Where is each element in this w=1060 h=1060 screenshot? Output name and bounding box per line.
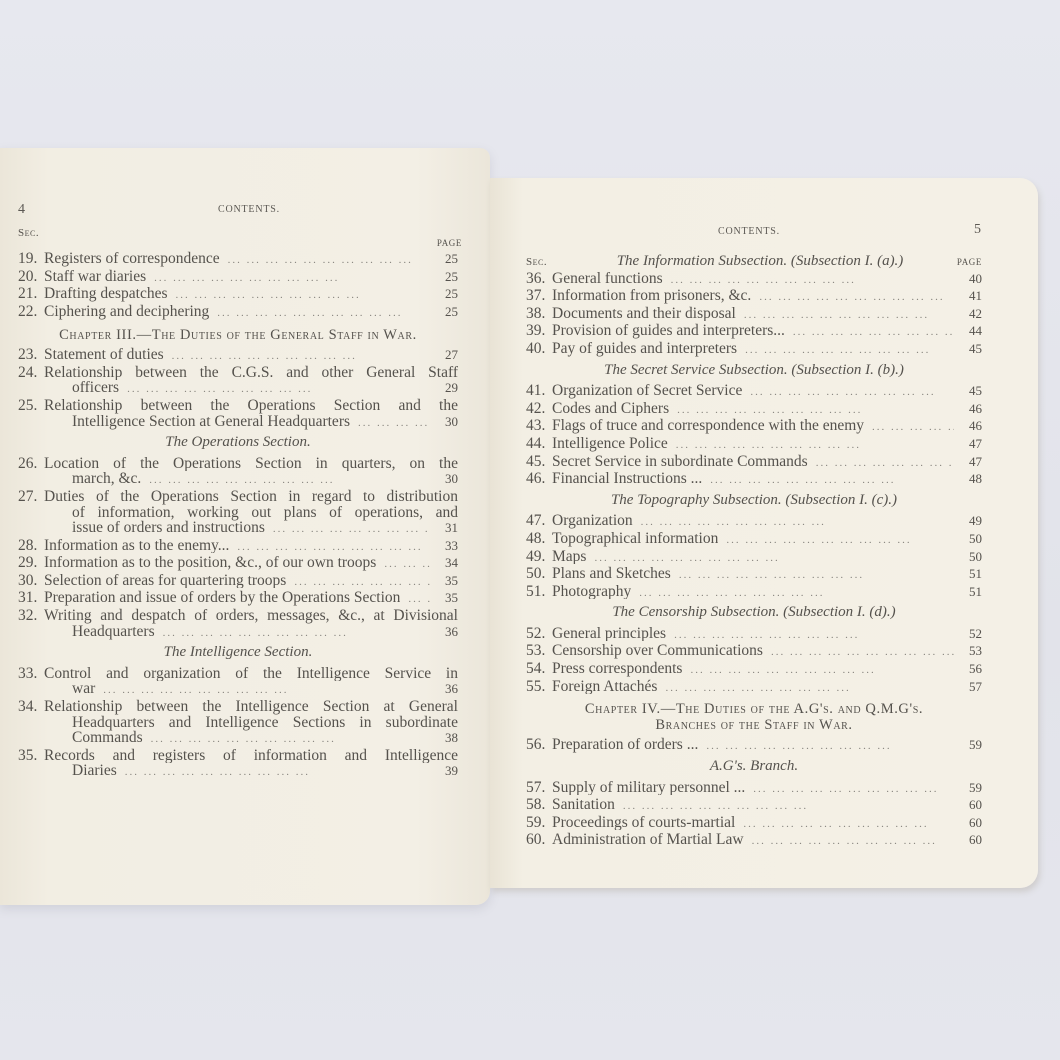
section-title: Location of the Operations Section in qu… [44, 456, 458, 472]
dot-leader: ... ... ... ... ... ... ... ... ... ... [155, 626, 430, 642]
dot-leader: ... ... ... ... ... ... ... ... ... ... [164, 349, 430, 365]
section-title: Organization [552, 513, 633, 529]
dot-leader: ... ... ... ... ... ... ... ... ... ... [735, 817, 954, 833]
toc-entry[interactable]: 56.Preparation of orders ...... ... ... … [526, 737, 982, 755]
section-number: 60. [526, 832, 552, 848]
section-number: 52. [526, 626, 552, 642]
section-title: Ciphering and deciphering [44, 304, 209, 320]
right-page: CONTENTS. 5 Sec. The Information Subsect… [490, 178, 1038, 888]
page-ref: 27 [430, 347, 458, 363]
section-title: Control and organization of the Intellig… [44, 666, 458, 682]
section-title: Selection of areas for quartering troops [44, 573, 286, 589]
subsection-heading: A.G's. Branch. [526, 755, 982, 780]
toc-entry[interactable]: 22.Ciphering and deciphering... ... ... … [18, 304, 458, 322]
dot-leader: ... ... ... ... ... ... ... ... ... ... [95, 683, 430, 699]
page-ref: 46 [954, 418, 982, 434]
section-title-continued: Commands [44, 730, 143, 746]
page-ref: 29 [430, 380, 458, 396]
page-ref: 60 [954, 815, 982, 831]
dot-leader: ... ... ... ... ... ... ... ... ... ... [286, 575, 430, 591]
section-number: 31. [18, 590, 44, 606]
contents-list: Sec. The Information Subsection. (Subsec… [526, 254, 982, 850]
section-title: Duties of the Operations Section in rega… [44, 489, 458, 505]
page-ref: 30 [430, 414, 458, 430]
dot-leader: ... ... ... ... ... ... ... ... ... ... [864, 420, 954, 436]
page-ref: 39 [430, 763, 458, 779]
page-ref: 60 [954, 832, 982, 848]
section-number: 33. [18, 666, 44, 682]
section-title: Press correspondents [552, 661, 682, 677]
dot-leader: ... ... ... ... ... ... ... ... ... ... [633, 515, 954, 531]
section-number: 42. [526, 401, 552, 417]
page-ref: 57 [954, 679, 982, 695]
toc-entry[interactable]: 39.Provision of guides and interpreters.… [526, 323, 982, 341]
dot-leader: ... ... ... ... ... ... ... ... ... ... [586, 551, 954, 567]
section-number: 38. [526, 306, 552, 322]
dot-leader: ... ... ... ... ... ... ... ... ... ... [751, 290, 954, 306]
dot-leader: ... ... ... ... ... ... ... ... ... ... [736, 308, 954, 324]
page-ref: 33 [430, 538, 458, 554]
section-number: 56. [526, 737, 552, 753]
toc-entry[interactable]: 19.Registers of correspondence... ... ..… [18, 251, 458, 269]
section-title-continued: officers [44, 380, 119, 396]
toc-entry[interactable]: 52.General principles... ... ... ... ...… [526, 626, 982, 644]
section-number: 48. [526, 531, 552, 547]
section-title: Registers of correspondence [44, 251, 220, 267]
section-title: Proceedings of courts-martial [552, 815, 735, 831]
dot-leader: ... ... ... ... ... ... ... ... ... ... [718, 533, 954, 549]
toc-entry[interactable]: 29.Information as to the position, &c., … [18, 555, 458, 573]
toc-entry[interactable]: 58.Sanitation... ... ... ... ... ... ...… [526, 797, 982, 815]
chapter-heading: Chapter IV.—The Duties of the A.G's. and… [526, 696, 982, 737]
subsection-heading: The Topography Subsection. (Subsection I… [526, 489, 982, 514]
chapter-title: Chapter IV.—The Duties of the A.G's. and… [526, 702, 982, 718]
section-title-continued: Headquarters [44, 624, 155, 640]
dot-leader: ... ... ... ... ... ... ... ... ... ... [143, 732, 430, 748]
section-number: 19. [18, 251, 44, 267]
section-title: Organization of Secret Service [552, 383, 742, 399]
page-ref: 25 [430, 286, 458, 302]
page-ref: 51 [954, 566, 982, 582]
dot-leader: ... ... ... ... ... ... ... ... ... ... [209, 306, 430, 322]
section-title: Plans and Sketches [552, 566, 671, 582]
page-ref: 25 [430, 251, 458, 267]
section-number: 37. [526, 288, 552, 304]
page-column-label: PAGE [942, 255, 982, 271]
page-ref: 49 [954, 513, 982, 529]
toc-entry[interactable]: 57.Supply of military personnel ...... .… [526, 780, 982, 798]
section-number: 23. [18, 347, 44, 363]
toc-entry[interactable]: 27.Duties of the Operations Section in r… [18, 489, 458, 538]
page-number: 4 [18, 202, 25, 218]
toc-entry[interactable]: 24.Relationship between the C.G.S. and o… [18, 365, 458, 398]
section-number: 54. [526, 661, 552, 677]
section-title: General principles [552, 626, 666, 642]
section-title: Supply of military personnel ... [552, 780, 745, 796]
dot-leader: ... ... ... ... ... ... ... ... ... ... [400, 592, 430, 608]
toc-entry[interactable]: 32.Writing and despatch of orders, messa… [18, 608, 458, 641]
section-number: 22. [18, 304, 44, 320]
dot-leader: ... ... ... ... ... ... ... ... ... ... [742, 385, 954, 401]
section-number: 53. [526, 643, 552, 659]
toc-entry[interactable]: 45.Secret Service in subordinate Command… [526, 454, 982, 472]
page-ref: 59 [954, 780, 982, 796]
section-title-continued: Diaries [44, 763, 117, 779]
section-title: Preparation of orders ... [552, 737, 698, 753]
toc-entry[interactable]: 23.Statement of duties... ... ... ... ..… [18, 347, 458, 365]
section-title: Writing and despatch of orders, messages… [44, 608, 458, 624]
dot-leader: ... ... ... ... ... ... ... ... ... ... [745, 782, 954, 798]
toc-entry[interactable]: 43.Flags of truce and correspondence wit… [526, 418, 982, 436]
toc-entry[interactable]: 31.Preparation and issue of orders by th… [18, 590, 458, 608]
dot-leader: ... ... ... ... ... ... ... ... ... ... [702, 473, 954, 489]
toc-entry[interactable]: 35.Records and registers of information … [18, 748, 458, 781]
subsection-heading: The Intelligence Section. [18, 641, 458, 666]
toc-entry[interactable]: 44.Intelligence Police... ... ... ... ..… [526, 436, 982, 454]
page-ref: 25 [430, 269, 458, 285]
page-ref: 40 [954, 271, 982, 287]
dot-leader: ... ... ... ... ... ... ... ... ... ... [168, 288, 430, 304]
page-ref: 25 [430, 304, 458, 320]
page-ref: 52 [954, 626, 982, 642]
toc-entry[interactable]: 25.Relationship between the Operations S… [18, 398, 458, 431]
toc-entry[interactable]: 37.Information from prisoners, &c.... ..… [526, 288, 982, 306]
section-title: Documents and their disposal [552, 306, 736, 322]
toc-entry[interactable]: 36.General functions... ... ... ... ... … [526, 271, 982, 289]
page-ref: 36 [430, 624, 458, 640]
section-title: Secret Service in subordinate Commands [552, 454, 808, 470]
toc-entry[interactable]: 30.Selection of areas for quartering tro… [18, 573, 458, 591]
section-title: Intelligence Police [552, 436, 668, 452]
section-title: Information as to the position, &c., of … [44, 555, 376, 571]
left-page: 4 CONTENTS. Sec. PAGE 19.Registers of co… [0, 148, 490, 905]
toc-entry[interactable]: 50.Plans and Sketches... ... ... ... ...… [526, 566, 982, 584]
section-number: 45. [526, 454, 552, 470]
section-number: 43. [526, 418, 552, 434]
page-number: 5 [974, 222, 981, 238]
page-ref: 38 [430, 730, 458, 746]
section-title-continued: of information, working out plans of ope… [44, 505, 458, 521]
section-title: Topographical information [552, 531, 718, 547]
toc-entry[interactable]: 59.Proceedings of courts-martial... ... … [526, 815, 982, 833]
page-ref: 53 [954, 643, 982, 659]
dot-leader: ... ... ... ... ... ... ... ... ... ... [698, 739, 954, 755]
page-ref: 31 [430, 520, 458, 536]
page-ref: 35 [430, 573, 458, 589]
toc-entry[interactable]: 28.Information as to the enemy...... ...… [18, 538, 458, 556]
sec-label: Sec. [18, 226, 39, 242]
dot-leader: ... ... ... ... ... ... ... ... ... ... [615, 799, 954, 815]
toc-entry[interactable]: 38.Documents and their disposal... ... .… [526, 306, 982, 324]
section-title: Pay of guides and interpreters [552, 341, 737, 357]
page-ref: 51 [954, 584, 982, 600]
section-title: Censorship over Communications [552, 643, 763, 659]
section-number: 20. [18, 269, 44, 285]
section-title: Photography [552, 584, 631, 600]
subsection-heading: The Operations Section. [18, 431, 458, 456]
section-number: 25. [18, 398, 44, 414]
section-number: 29. [18, 555, 44, 571]
page-column-label: PAGE [18, 236, 462, 252]
section-title: Financial Instructions ... [552, 471, 702, 487]
section-number: 27. [18, 489, 44, 505]
page-ref: 41 [954, 288, 982, 304]
section-title: Information as to the enemy... [44, 538, 229, 554]
section-number: 30. [18, 573, 44, 589]
dot-leader: ... ... ... ... ... ... ... ... ... ... [657, 681, 954, 697]
section-title: Codes and Ciphers [552, 401, 669, 417]
dot-leader: ... ... ... ... ... ... ... ... ... ... [229, 540, 430, 556]
toc-entry[interactable]: 51.Photography... ... ... ... ... ... ..… [526, 584, 982, 602]
dot-leader: ... ... ... ... ... ... ... ... ... ... [631, 586, 954, 602]
section-number: 28. [18, 538, 44, 554]
toc-entry[interactable]: 60.Administration of Martial Law... ... … [526, 832, 982, 850]
section-title: Flags of truce and correspondence with t… [552, 418, 864, 434]
section-number: 49. [526, 549, 552, 565]
section-title: Drafting despatches [44, 286, 168, 302]
section-title: General functions [552, 271, 663, 287]
page-ref: 34 [430, 555, 458, 571]
dot-leader: ... ... ... ... ... ... ... ... ... ... [146, 271, 430, 287]
section-number: 35. [18, 748, 44, 764]
toc-entry[interactable]: 47.Organization... ... ... ... ... ... .… [526, 513, 982, 531]
page-ref: 50 [954, 531, 982, 547]
section-number: 51. [526, 584, 552, 600]
section-number: 40. [526, 341, 552, 357]
section-number: 44. [526, 436, 552, 452]
subsection-heading: The Secret Service Subsection. (Subsecti… [526, 359, 982, 384]
toc-entry[interactable]: 42.Codes and Ciphers... ... ... ... ... … [526, 401, 982, 419]
dot-leader: ... ... ... ... ... ... ... ... ... ... [663, 273, 954, 289]
running-head: CONTENTS. [718, 226, 780, 237]
section-number: 58. [526, 797, 552, 813]
section-title-continued: war [44, 681, 95, 697]
section-title-continued: issue of orders and instructions [44, 520, 265, 536]
section-number: 21. [18, 286, 44, 302]
dot-leader: ... ... ... ... ... ... ... ... ... ... [808, 456, 954, 472]
section-title: Relationship between the C.G.S. and othe… [44, 365, 458, 381]
subsection-heading: The Censorship Subsection. (Subsection I… [526, 601, 982, 626]
dot-leader: ... ... ... ... ... ... ... ... ... ... [785, 325, 954, 341]
section-number: 59. [526, 815, 552, 831]
section-title: Information from prisoners, &c. [552, 288, 751, 304]
page-ref: 60 [954, 797, 982, 813]
toc-entry[interactable]: 21.Drafting despatches... ... ... ... ..… [18, 286, 458, 304]
section-title: Records and registers of information and… [44, 748, 458, 764]
section-title: Administration of Martial Law [552, 832, 744, 848]
subsection-heading: The Information Subsection. (Subsection … [578, 254, 942, 270]
toc-entry[interactable]: 20.Staff war diaries... ... ... ... ... … [18, 269, 458, 287]
section-title: Sanitation [552, 797, 615, 813]
section-number: 34. [18, 699, 44, 715]
section-number: 32. [18, 608, 44, 624]
page-ref: 48 [954, 471, 982, 487]
page-ref: 50 [954, 549, 982, 565]
toc-entry[interactable]: 54.Press correspondents... ... ... ... .… [526, 661, 982, 679]
dot-leader: ... ... ... ... ... ... ... ... ... ... [220, 253, 430, 269]
toc-entry[interactable]: 49.Maps... ... ... ... ... ... ... ... .… [526, 549, 982, 567]
chapter-title: Chapter III.—The Duties of the General S… [18, 328, 458, 344]
section-title-continued: march, &c. [44, 471, 141, 487]
dot-leader: ... ... ... ... ... ... ... ... ... ... [671, 568, 954, 584]
sec-label: Sec. [526, 255, 578, 271]
dot-leader: ... ... ... ... ... ... ... ... ... ... [265, 522, 430, 538]
page-ref: 47 [954, 436, 982, 452]
section-title: Foreign Attachés [552, 679, 657, 695]
toc-entry[interactable]: 55.Foreign Attachés... ... ... ... ... .… [526, 679, 982, 697]
section-number: 55. [526, 679, 552, 695]
page-ref: 44 [954, 323, 982, 339]
chapter-title-line2: Branches of the Staff in War. [526, 718, 982, 734]
contents-list: Sec. PAGE 19.Registers of correspondence… [18, 226, 458, 781]
section-number: 46. [526, 471, 552, 487]
page-ref: 56 [954, 661, 982, 677]
dot-leader: ... ... ... ... ... ... ... ... ... ... [763, 645, 954, 661]
section-title: Provision of guides and interpreters... [552, 323, 785, 339]
dot-leader: ... ... ... ... ... ... ... ... ... ... [119, 382, 430, 398]
toc-entry[interactable]: 34.Relationship between the Intelligence… [18, 699, 458, 748]
page-ref: 46 [954, 401, 982, 417]
page-ref: 35 [430, 590, 458, 606]
section-number: 36. [526, 271, 552, 287]
dot-leader: ... ... ... ... ... ... ... ... ... ... [350, 416, 430, 432]
dot-leader: ... ... ... ... ... ... ... ... ... ... [669, 403, 954, 419]
dot-leader: ... ... ... ... ... ... ... ... ... ... [668, 438, 954, 454]
section-number: 50. [526, 566, 552, 582]
toc-entry[interactable]: 48.Topographical information... ... ... … [526, 531, 982, 549]
toc-entry[interactable]: 40.Pay of guides and interpreters... ...… [526, 341, 982, 359]
dot-leader: ... ... ... ... ... ... ... ... ... ... [744, 834, 954, 850]
section-number: 57. [526, 780, 552, 796]
page-ref: 59 [954, 737, 982, 753]
toc-entry[interactable]: 41.Organization of Secret Service... ...… [526, 383, 982, 401]
dot-leader: ... ... ... ... ... ... ... ... ... ... [666, 628, 954, 644]
section-number: 26. [18, 456, 44, 472]
dot-leader: ... ... ... ... ... ... ... ... ... ... [376, 557, 430, 573]
toc-entry[interactable]: 26.Location of the Operations Section in… [18, 456, 458, 489]
section-number: 39. [526, 323, 552, 339]
section-title: Staff war diaries [44, 269, 146, 285]
section-title: Preparation and issue of orders by the O… [44, 590, 400, 606]
toc-entry[interactable]: 33.Control and organization of the Intel… [18, 666, 458, 699]
toc-entry[interactable]: 53.Censorship over Communications... ...… [526, 643, 982, 661]
section-number: 24. [18, 365, 44, 381]
page-ref: 47 [954, 454, 982, 470]
toc-entry[interactable]: 46.Financial Instructions ...... ... ...… [526, 471, 982, 489]
page-ref: 45 [954, 383, 982, 399]
running-head: CONTENTS. [218, 204, 280, 215]
page-ref: 30 [430, 471, 458, 487]
section-title: Maps [552, 549, 586, 565]
section-title-continued: Headquarters and Intelligence Sections i… [44, 715, 458, 731]
chapter-heading: Chapter III.—The Duties of the General S… [18, 322, 458, 348]
section-title: Statement of duties [44, 347, 164, 363]
dot-leader: ... ... ... ... ... ... ... ... ... ... [737, 343, 954, 359]
section-number: 47. [526, 513, 552, 529]
page-ref: 45 [954, 341, 982, 357]
dot-leader: ... ... ... ... ... ... ... ... ... ... [117, 765, 430, 781]
section-title: Relationship between the Intelligence Se… [44, 699, 458, 715]
dot-leader: ... ... ... ... ... ... ... ... ... ... [682, 663, 954, 679]
section-title-continued: Intelligence Section at General Headquar… [44, 414, 350, 430]
page-ref: 42 [954, 306, 982, 322]
section-title: Relationship between the Operations Sect… [44, 398, 458, 414]
section-number: 41. [526, 383, 552, 399]
dot-leader: ... ... ... ... ... ... ... ... ... ... [141, 473, 430, 489]
page-ref: 36 [430, 681, 458, 697]
